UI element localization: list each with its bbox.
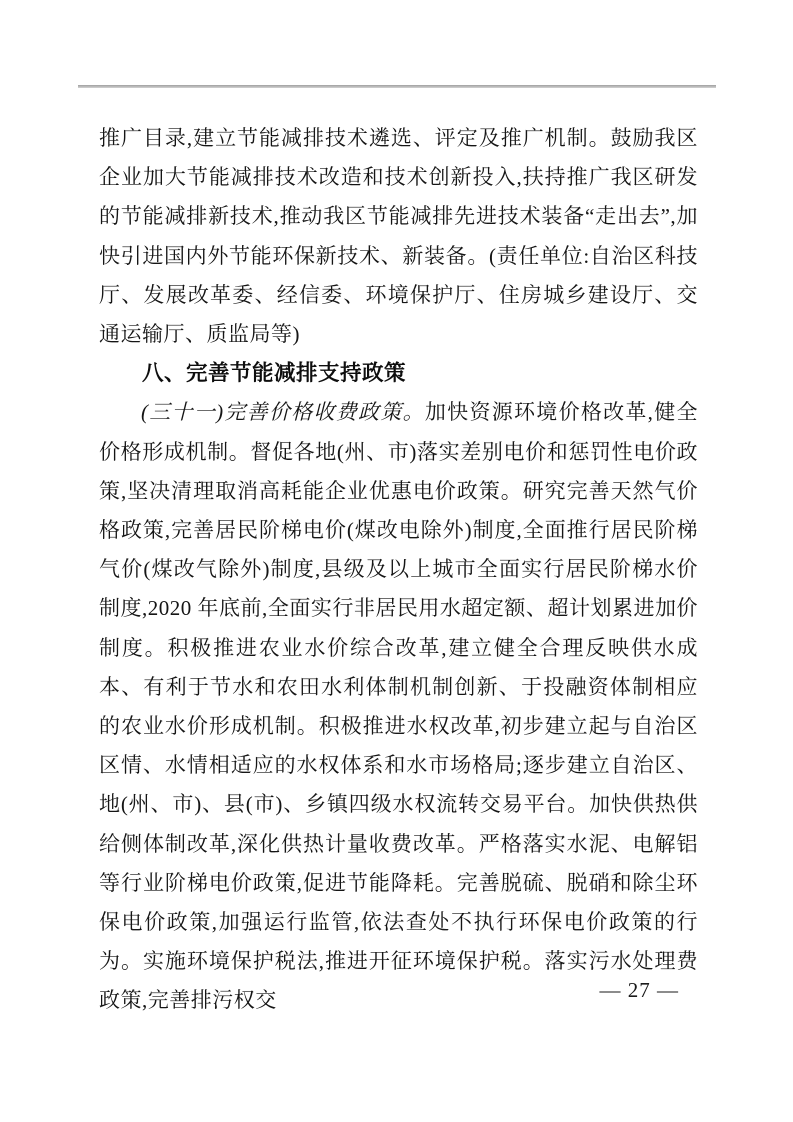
section-heading: 八、完善节能减排支持政策 (99, 354, 698, 393)
document-page: 推广目录,建立节能减排技术遴选、评定及推广机制。鼓励我区企业加大节能减排技术改造… (0, 0, 793, 1122)
item-lead-title: (三十一)完善价格收费政策。 (141, 400, 425, 424)
paragraph-item-31: (三十一)完善价格收费政策。加快资源环境价格改革,健全价格形成机制。督促各地(州… (99, 393, 698, 1020)
item-body-text: 加快资源环境价格改革,健全价格形成机制。督促各地(州、市)落实差别电价和惩罚性电… (99, 400, 698, 1012)
page-number: — 27 — (600, 976, 680, 1004)
document-body: 推广目录,建立节能减排技术遴选、评定及推广机制。鼓励我区企业加大节能减排技术改造… (99, 119, 698, 1021)
header-rule (78, 85, 716, 88)
paragraph-continuation: 推广目录,建立节能减排技术遴选、评定及推广机制。鼓励我区企业加大节能减排技术改造… (99, 119, 698, 354)
